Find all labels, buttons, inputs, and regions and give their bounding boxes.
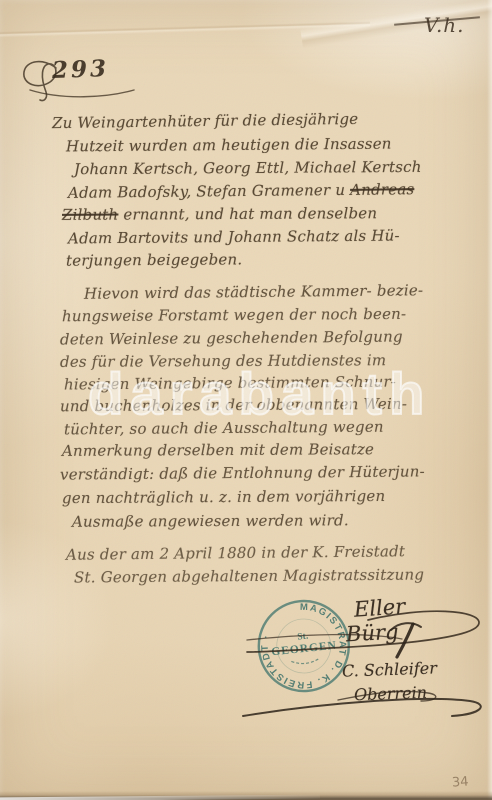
registry-number: 293: [52, 55, 110, 84]
manuscript-text: Anmerkung derselben mit dem Beisatze: [62, 440, 374, 460]
manuscript-line: Adam Bartovits und Johann Schatz als Hü-: [68, 227, 400, 248]
manuscript-line: Hutzeit wurden am heutigen die Insassen: [66, 135, 392, 156]
manuscript-text: Adam Bartovits und Johann Schatz als Hü-: [68, 227, 400, 248]
manuscript-text: deten Weinlese zu geschehenden Befolgung: [60, 328, 403, 349]
manuscript-text: ernannt, und hat man denselben: [118, 204, 377, 223]
manuscript-line: hiesigen Weingebirge bestimmten Schnur-: [64, 373, 396, 394]
struck-word: Andreas: [350, 180, 414, 199]
manuscript-line: Aus der am 2 April 1880 in der K. Freist…: [66, 542, 405, 564]
page-edge-right: [487, 0, 492, 800]
manuscript-line: deten Weinlese zu geschehenden Befolgung: [60, 328, 403, 349]
manuscript-line: Zilbuth ernannt, und hat man denselben: [62, 204, 377, 224]
manuscript-line: Ausmaße angewiesen werden wird.: [72, 511, 349, 530]
manuscript-line: terjungen beigegeben.: [66, 250, 242, 269]
manuscript-line: Johann Kertsch, Georg Ettl, Michael Kert…: [74, 158, 422, 178]
struck-word: Zilbuth: [62, 206, 118, 224]
manuscript-text: verständigt: daß die Entlohnung der Hüte…: [60, 462, 425, 483]
manuscript-text: hiesigen Weingebirge bestimmten Schnur-: [64, 373, 396, 394]
paper-crease: [0, 15, 370, 42]
manuscript-line: Hievon wird das städtische Kammer- bezie…: [84, 281, 423, 303]
manuscript-line: und buchenholzes in der obbenannten Wein…: [60, 395, 407, 415]
manuscript-text: Ausmaße angewiesen werden wird.: [72, 511, 349, 530]
manuscript-text: Hutzeit wurden am heutigen die Insassen: [66, 135, 392, 156]
manuscript-text: Adam Badofsky, Stefan Gramener u: [68, 181, 350, 202]
archival-page-number: 34: [451, 774, 469, 790]
manuscript-line: tüchter, so auch die Ausschaltung wegen: [64, 418, 384, 439]
scanned-manuscript-page: V.h. 293 Zu Weingartenhüter für die dies…: [0, 0, 492, 800]
manuscript-line: gen nachträglich u. z. in dem vorjährige…: [62, 487, 385, 507]
manuscript-text: des für die Versehung des Hutdienstes im: [60, 351, 386, 371]
manuscript-line: Anmerkung derselben mit dem Beisatze: [62, 440, 374, 460]
manuscript-line: Adam Badofsky, Stefan Gramener u Andreas: [68, 180, 414, 202]
manuscript-text: terjungen beigegeben.: [66, 250, 242, 269]
manuscript-text: Aus der am 2 April 1880 in der K. Freist…: [66, 542, 405, 564]
manuscript-text: tüchter, so auch die Ausschaltung wegen: [64, 418, 384, 439]
manuscript-text: Hievon wird das städtische Kammer- bezie…: [84, 281, 423, 303]
manuscript-text: Zu Weingartenhüter für die diesjährige: [52, 110, 359, 132]
top-right-mark: V.h.: [424, 13, 465, 37]
manuscript-line: des für die Versehung des Hutdienstes im: [60, 351, 386, 371]
manuscript-text: gen nachträglich u. z. in dem vorjährige…: [62, 487, 385, 507]
manuscript-text: hungsweise Forstamt wegen der noch been-: [62, 305, 406, 325]
manuscript-line: Zu Weingartenhüter für die diesjährige: [52, 110, 359, 132]
manuscript-text: und buchenholzes in der obbenannten Wein…: [60, 395, 407, 415]
manuscript-text: Johann Kertsch, Georg Ettl, Michael Kert…: [74, 158, 422, 178]
manuscript-line: verständigt: daß die Entlohnung der Hüte…: [60, 462, 425, 483]
manuscript-line: hungsweise Forstamt wegen der noch been-: [62, 305, 406, 325]
signature-flourishes: [230, 580, 492, 730]
